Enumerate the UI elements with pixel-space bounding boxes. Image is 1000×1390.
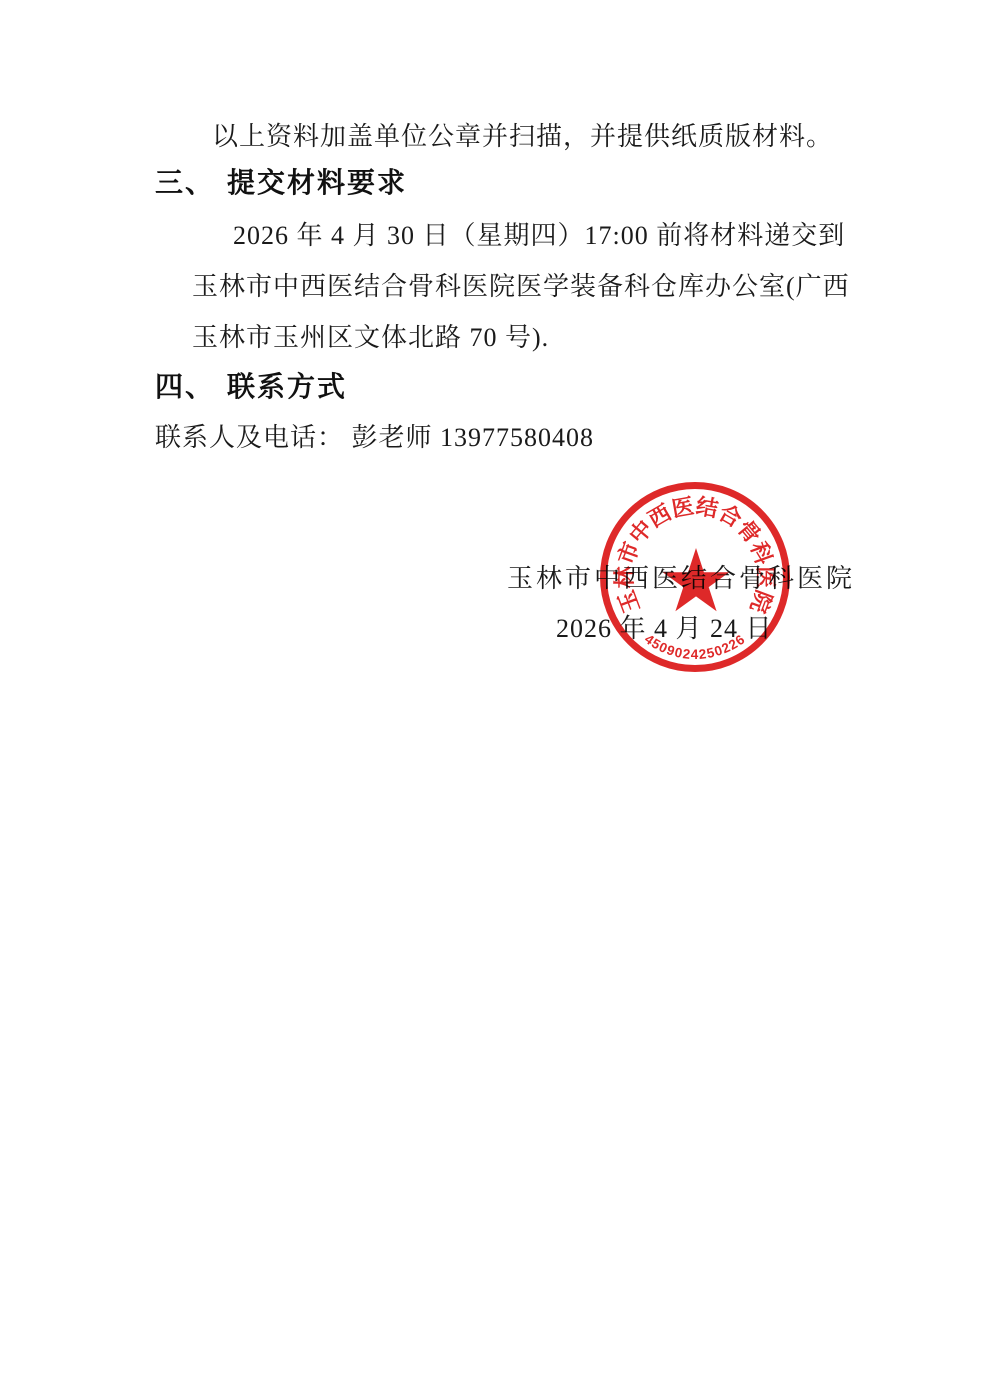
submission-paragraph-line-2: 玉林市中西医结合骨科医院医学装备科仓库办公室(广西	[192, 270, 850, 304]
submission-paragraph-line-1: 2026 年 4 月 30 日（星期四）17:00 前将材料递交到	[233, 219, 845, 253]
intro-line: 以上资料加盖单位公章并扫描，并提供纸质版材料。	[212, 120, 833, 154]
section-three-title: 提交材料要求	[227, 166, 407, 200]
star-icon	[663, 548, 730, 611]
official-seal: 玉林市中西医结合骨科医院 4509024250226	[585, 467, 805, 687]
section-four-title: 联系方式	[227, 370, 347, 404]
section-four-number: 四、	[155, 370, 215, 404]
submission-paragraph-line-3: 玉林市玉州区文体北路 70 号).	[192, 321, 549, 355]
contact-line: 联系人及电话： 彭老师 13977580408	[155, 421, 594, 455]
section-three-number: 三、	[155, 166, 215, 200]
section-four-heading: 四、 联系方式	[155, 370, 347, 404]
document-page: 以上资料加盖单位公章并扫描，并提供纸质版材料。 三、 提交材料要求 2026 年…	[0, 0, 1000, 1390]
section-three-heading: 三、 提交材料要求	[155, 166, 407, 200]
